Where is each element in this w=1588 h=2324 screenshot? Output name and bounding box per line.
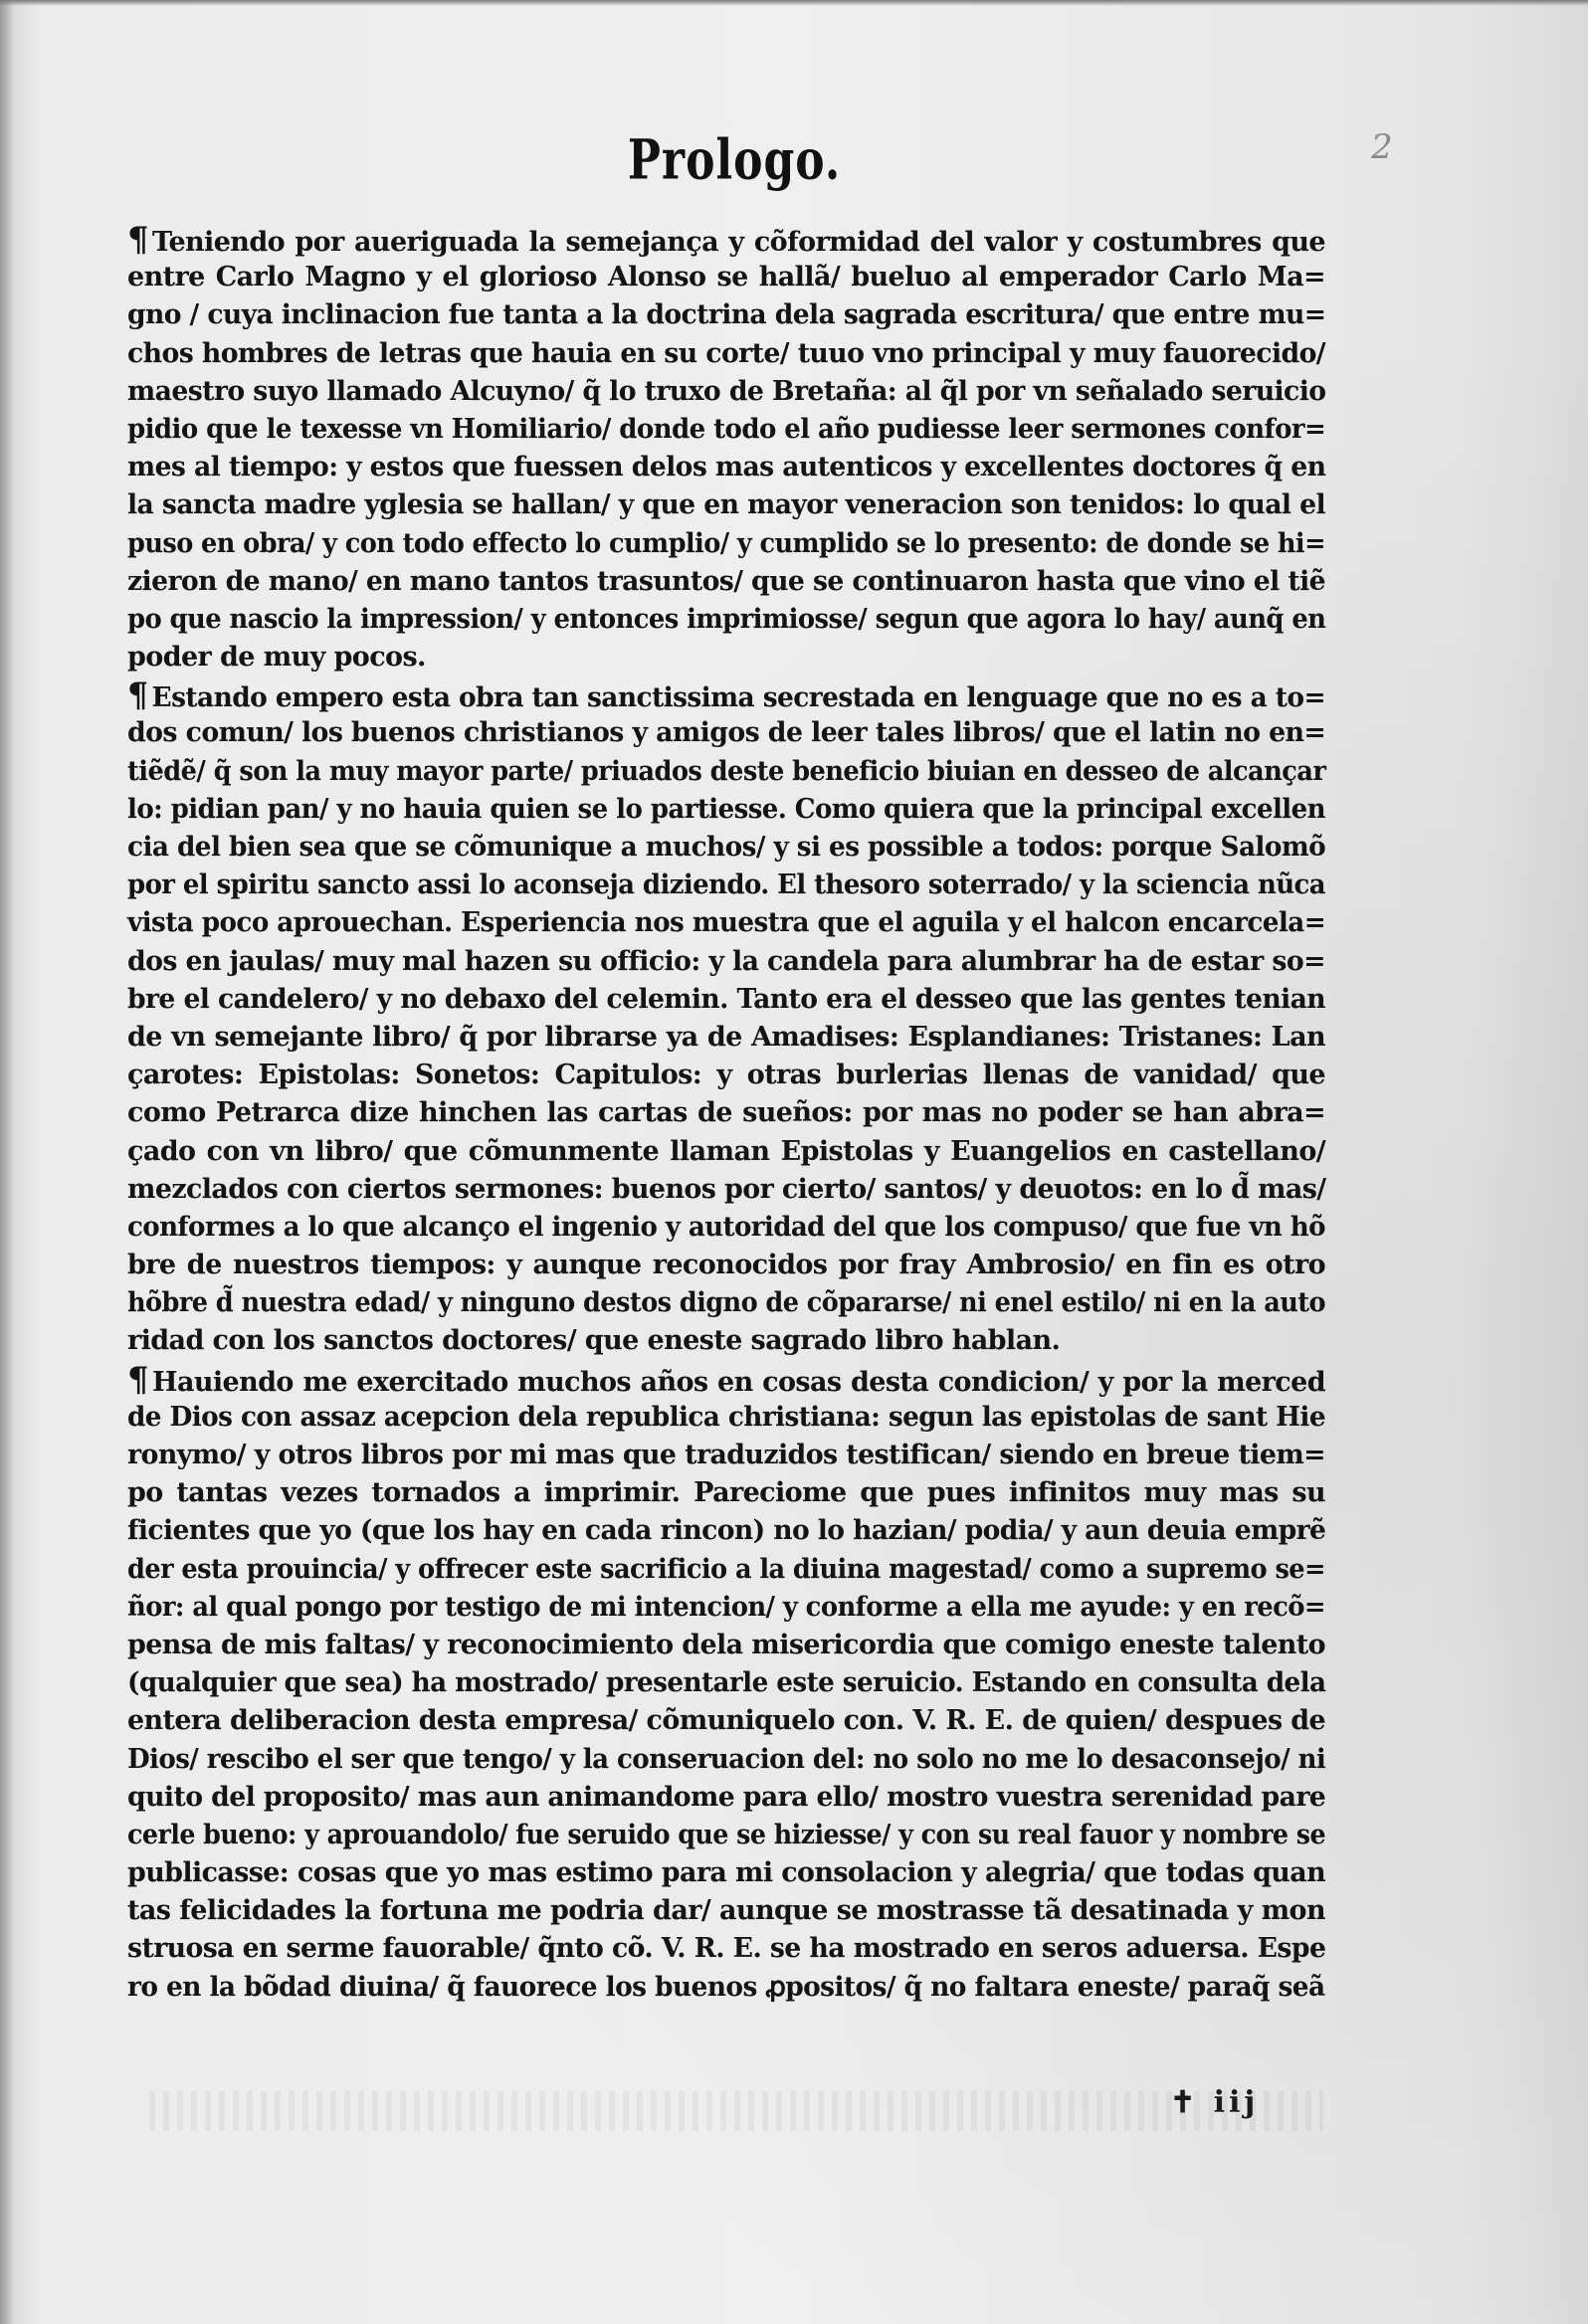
text-line-content: puso en obra/ y con todo effecto lo cump… [127, 528, 1325, 559]
text-line: cerle bueno: y aprouandolo/ fue seruido … [127, 1817, 1325, 1854]
text-line-content: tiẽdẽ/ q̃ son la muy mayor parte/ priuad… [127, 756, 1325, 787]
text-line: poder de muy pocos. [127, 639, 1325, 677]
text-line: hõbre d̃ nuestra edad/ y ninguno destos … [127, 1284, 1325, 1322]
text-line: der esta prouincia/ y offrecer este sacr… [127, 1551, 1325, 1589]
text-line-content: hõbre d̃ nuestra edad/ y ninguno destos … [127, 1287, 1325, 1318]
text-line: entera deliberacion desta empresa/ cõmun… [127, 1702, 1325, 1740]
text-line: puso en obra/ y con todo effecto lo cump… [127, 525, 1325, 563]
text-line: entre Carlo Magno y el glorioso Alonso s… [127, 259, 1325, 296]
text-line: quito del proposito/ mas aun animandome … [127, 1779, 1325, 1817]
text-line-content: ridad con los sanctos doctores/ que enes… [127, 1325, 1060, 1356]
text-line: mezclados con ciertos sermones: buenos p… [127, 1171, 1325, 1209]
text-line-content: la sancta madre yglesia se hallan/ y que… [127, 489, 1325, 520]
text-line-content: po tantas vezes tornados a imprimir. Par… [127, 1477, 1325, 1508]
text-line: ro en la bõdad diuina/ q̃ fauorece los b… [127, 1969, 1325, 2007]
text-line: ¶Estando empero esta obra tan sanctissim… [127, 677, 1325, 714]
text-line-content: mezclados con ciertos sermones: buenos p… [127, 1174, 1325, 1205]
text-line: ronymo/ y otros libros por mi mas que tr… [127, 1437, 1325, 1474]
text-line-content: quito del proposito/ mas aun animandome … [127, 1782, 1325, 1813]
text-line-content: bre de nuestros tiempos: y aunque recono… [127, 1250, 1325, 1280]
text-line: como Petrarca dize hinchen las cartas de… [127, 1094, 1325, 1132]
text-line-content: conformes a lo que alcanço el ingenio y … [127, 1212, 1325, 1243]
text-line: maestro suyo llamado Alcuyno/ q̃ lo trux… [127, 373, 1325, 411]
text-line: publicasse: cosas que yo mas estimo para… [127, 1854, 1325, 1892]
text-line: ¶Teniendo por aueriguada la semejança y … [127, 221, 1325, 259]
text-line: conformes a lo que alcanço el ingenio y … [127, 1209, 1325, 1247]
text-line: ñor: al qual pongo por testigo de mi int… [127, 1589, 1325, 1627]
text-line: po tantas vezes tornados a imprimir. Par… [127, 1474, 1325, 1512]
text-line: chos hombres de letras que hauia en su c… [127, 335, 1325, 373]
text-line: po que nascio la impression/ y entonces … [127, 601, 1325, 639]
text-line: çarotes: Epistolas: Sonetos: Capitulos: … [127, 1057, 1325, 1094]
text-line-content: der esta prouincia/ y offrecer este sacr… [127, 1554, 1325, 1585]
text-line: vista poco aprouechan. Esperiencia nos m… [127, 904, 1325, 942]
text-line-content: pidio que le texesse vn Homiliario/ dond… [127, 414, 1325, 445]
text-line-content: (qualquier que sea) ha mostrado/ present… [127, 1667, 1325, 1698]
text-line-content: pensa de mis faltas/ y reconocimiento de… [127, 1630, 1325, 1660]
text-line-content: entre Carlo Magno y el glorioso Alonso s… [127, 262, 1325, 292]
text-line-content: maestro suyo llamado Alcuyno/ q̃ lo trux… [127, 376, 1325, 407]
text-line-content: lo: pidian pan/ y no hauia quien se lo p… [127, 794, 1325, 825]
text-line-content: bre el candelero/ y no debaxo del celemi… [127, 984, 1325, 1015]
text-line: ficientes que yo (que los hay en cada ri… [127, 1512, 1325, 1550]
text-line: (qualquier que sea) ha mostrado/ present… [127, 1664, 1325, 1702]
binding-shadow [0, 0, 14, 2324]
text-line: Dios/ rescibo el ser que tengo/ y la con… [127, 1741, 1325, 1779]
text-line-content: dos en jaulas/ muy mal hazen su officio:… [127, 946, 1325, 977]
text-line-content: poder de muy pocos. [127, 642, 426, 673]
signature-mark: ✝ iij [1170, 2085, 1259, 2120]
body-text: ¶Teniendo por aueriguada la semejança y … [127, 221, 1325, 2007]
text-line: struosa en serme fauorable/ q̃nto cõ. V.… [127, 1930, 1325, 1968]
text-line-content: Hauiendo me exercitado muchos años en co… [152, 1367, 1325, 1398]
text-line-content: ro en la bõdad diuina/ q̃ fauorece los b… [127, 1972, 1325, 2003]
text-line: mes al tiempo: y estos que fuessen delos… [127, 449, 1325, 486]
text-line: çado con vn libro/ que cõmunmente llaman… [127, 1133, 1325, 1171]
text-line: tas felicidades la fortuna me podria dar… [127, 1892, 1325, 1930]
text-line: por el spiritu sancto assi lo aconseja d… [127, 867, 1325, 904]
text-line-content: çarotes: Epistolas: Sonetos: Capitulos: … [127, 1060, 1325, 1090]
text-line: gno / cuya inclinacion fue tanta a la do… [127, 296, 1325, 334]
text-line-content: gno / cuya inclinacion fue tanta a la do… [127, 299, 1325, 330]
text-line-content: Teniendo por aueriguada la semejança y c… [152, 227, 1325, 258]
text-line-content: Dios/ rescibo el ser que tengo/ y la con… [127, 1744, 1325, 1775]
page-title: Prologo. [0, 135, 1588, 186]
text-line: dos comun/ los buenos christianos y amig… [127, 714, 1325, 752]
text-line-content: ñor: al qual pongo por testigo de mi int… [127, 1592, 1325, 1623]
text-line-content: como Petrarca dize hinchen las cartas de… [127, 1097, 1325, 1128]
text-line: ridad con los sanctos doctores/ que enes… [127, 1322, 1325, 1360]
show-through-bleed [149, 2091, 1323, 2131]
paragraph-mark-icon: ¶ [127, 676, 148, 715]
text-line-content: de vn semejante libro/ q̃ por librarse y… [127, 1022, 1325, 1053]
text-line-content: vista poco aprouechan. Esperiencia nos m… [127, 907, 1325, 938]
text-line-content: zieron de mano/ en mano tantos trasuntos… [127, 566, 1325, 597]
text-line-content: struosa en serme fauorable/ q̃nto cõ. V.… [127, 1933, 1325, 1964]
text-line-content: ronymo/ y otros libros por mi mas que tr… [127, 1440, 1325, 1470]
text-line-content: po que nascio la impression/ y entonces … [127, 604, 1325, 635]
text-line: pensa de mis faltas/ y reconocimiento de… [127, 1627, 1325, 1664]
text-line: lo: pidian pan/ y no hauia quien se lo p… [127, 791, 1325, 829]
paragraph-mark-icon: ¶ [127, 220, 148, 260]
text-line: zieron de mano/ en mano tantos trasuntos… [127, 563, 1325, 601]
text-line: de Dios con assaz acepcion dela republic… [127, 1399, 1325, 1437]
text-line-content: tas felicidades la fortuna me podria dar… [127, 1895, 1325, 1926]
text-line: cia del bien sea que se cõmunique a much… [127, 829, 1325, 867]
page-title-text: Prologo. [628, 129, 841, 193]
text-line-content: Estando empero esta obra tan sanctissima… [152, 682, 1326, 713]
text-line-content: mes al tiempo: y estos que fuessen delos… [127, 452, 1325, 483]
text-line-content: chos hombres de letras que hauia en su c… [127, 338, 1325, 369]
page-top-edge [0, 0, 1588, 6]
text-line-content: cerle bueno: y aprouandolo/ fue seruido … [127, 1820, 1325, 1850]
text-line-content: ficientes que yo (que los hay en cada ri… [127, 1515, 1325, 1546]
text-line-content: publicasse: cosas que yo mas estimo para… [127, 1857, 1325, 1888]
paragraph-mark-icon: ¶ [127, 1360, 148, 1400]
text-line: la sancta madre yglesia se hallan/ y que… [127, 486, 1325, 524]
text-line-content: de Dios con assaz acepcion dela republic… [127, 1402, 1325, 1433]
text-line-content: cia del bien sea que se cõmunique a much… [127, 832, 1325, 863]
scanned-page: 2 Prologo. ¶Teniendo por aueriguada la s… [0, 0, 1588, 2324]
text-line: bre de nuestros tiempos: y aunque recono… [127, 1247, 1325, 1284]
text-line: ¶Hauiendo me exercitado muchos años en c… [127, 1361, 1325, 1399]
text-line: bre el candelero/ y no debaxo del celemi… [127, 981, 1325, 1019]
text-line-content: çado con vn libro/ que cõmunmente llaman… [127, 1136, 1325, 1167]
text-line: pidio que le texesse vn Homiliario/ dond… [127, 411, 1325, 449]
text-line: dos en jaulas/ muy mal hazen su officio:… [127, 943, 1325, 981]
text-line-content: entera deliberacion desta empresa/ cõmun… [127, 1705, 1325, 1736]
text-line: tiẽdẽ/ q̃ son la muy mayor parte/ priuad… [127, 753, 1325, 791]
text-line-content: por el spiritu sancto assi lo aconseja d… [127, 870, 1325, 900]
text-line: de vn semejante libro/ q̃ por librarse y… [127, 1019, 1325, 1057]
text-line-content: dos comun/ los buenos christianos y amig… [127, 717, 1325, 748]
